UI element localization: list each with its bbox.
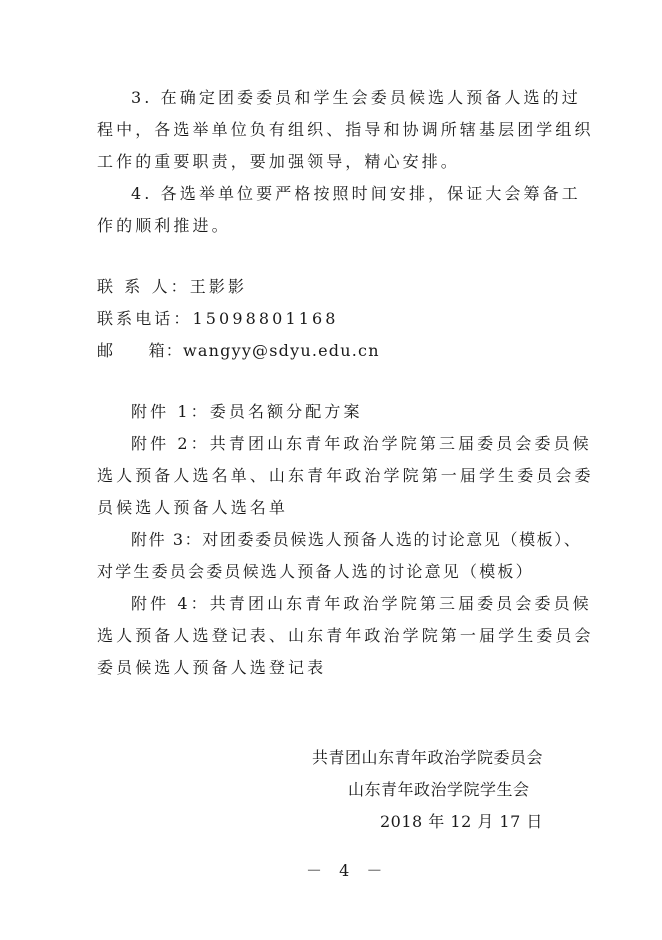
contact-phone: 联系电话：15098801168 [97,309,563,329]
paragraph-3-line-2: 程中，各选举单位负有组织、指导和协调所辖基层团学组织 [97,120,563,140]
attachment-3-line-2: 对学生委员会委员候选人预备人选的讨论意见（模板） [97,562,563,582]
attachment-1: 附件 1：委员名额分配方案 [131,402,563,422]
signature-date: 2018 年 12 月 17 日 [380,812,580,832]
attachment-4-line-3: 委员候选人预备人选登记表 [97,658,563,678]
attachment-3-line-1: 附件 3：对团委委员候选人预备人选的讨论意见（模板）、 [131,530,563,550]
contact-email: 邮 箱：wangyy@sdyu.edu.cn [97,341,563,361]
signature-org-2: 山东青年政治学院学生会 [348,780,568,800]
paragraph-4-line-2: 作的顺利推进。 [97,216,563,236]
attachment-2-line-2: 选人预备人选名单、山东青年政治学院第一届学生委员会委 [97,466,563,486]
paragraph-3-line-1: 3. 在确定团委委员和学生会委员候选人预备人选的过 [131,88,563,108]
paragraph-4-line-1: 4. 各选举单位要严格按照时间安排，保证大会筹备工 [131,184,563,204]
attachment-4-line-1: 附件 4：共青团山东青年政治学院第三届委员会委员候 [131,594,563,614]
attachment-2-line-1: 附件 2：共青团山东青年政治学院第三届委员会委员候 [131,434,563,454]
attachment-4-line-2: 选人预备人选登记表、山东青年政治学院第一届学生委员会 [97,626,563,646]
attachment-2-line-3: 员候选人预备人选名单 [97,498,563,518]
page-number: － 4 － [306,858,388,881]
contact-person: 联 系 人：王影影 [97,277,563,297]
signature-org-1: 共青团山东青年政治学院委员会 [312,748,572,768]
paragraph-3-line-3: 工作的重要职责，要加强领导，精心安排。 [97,152,563,172]
